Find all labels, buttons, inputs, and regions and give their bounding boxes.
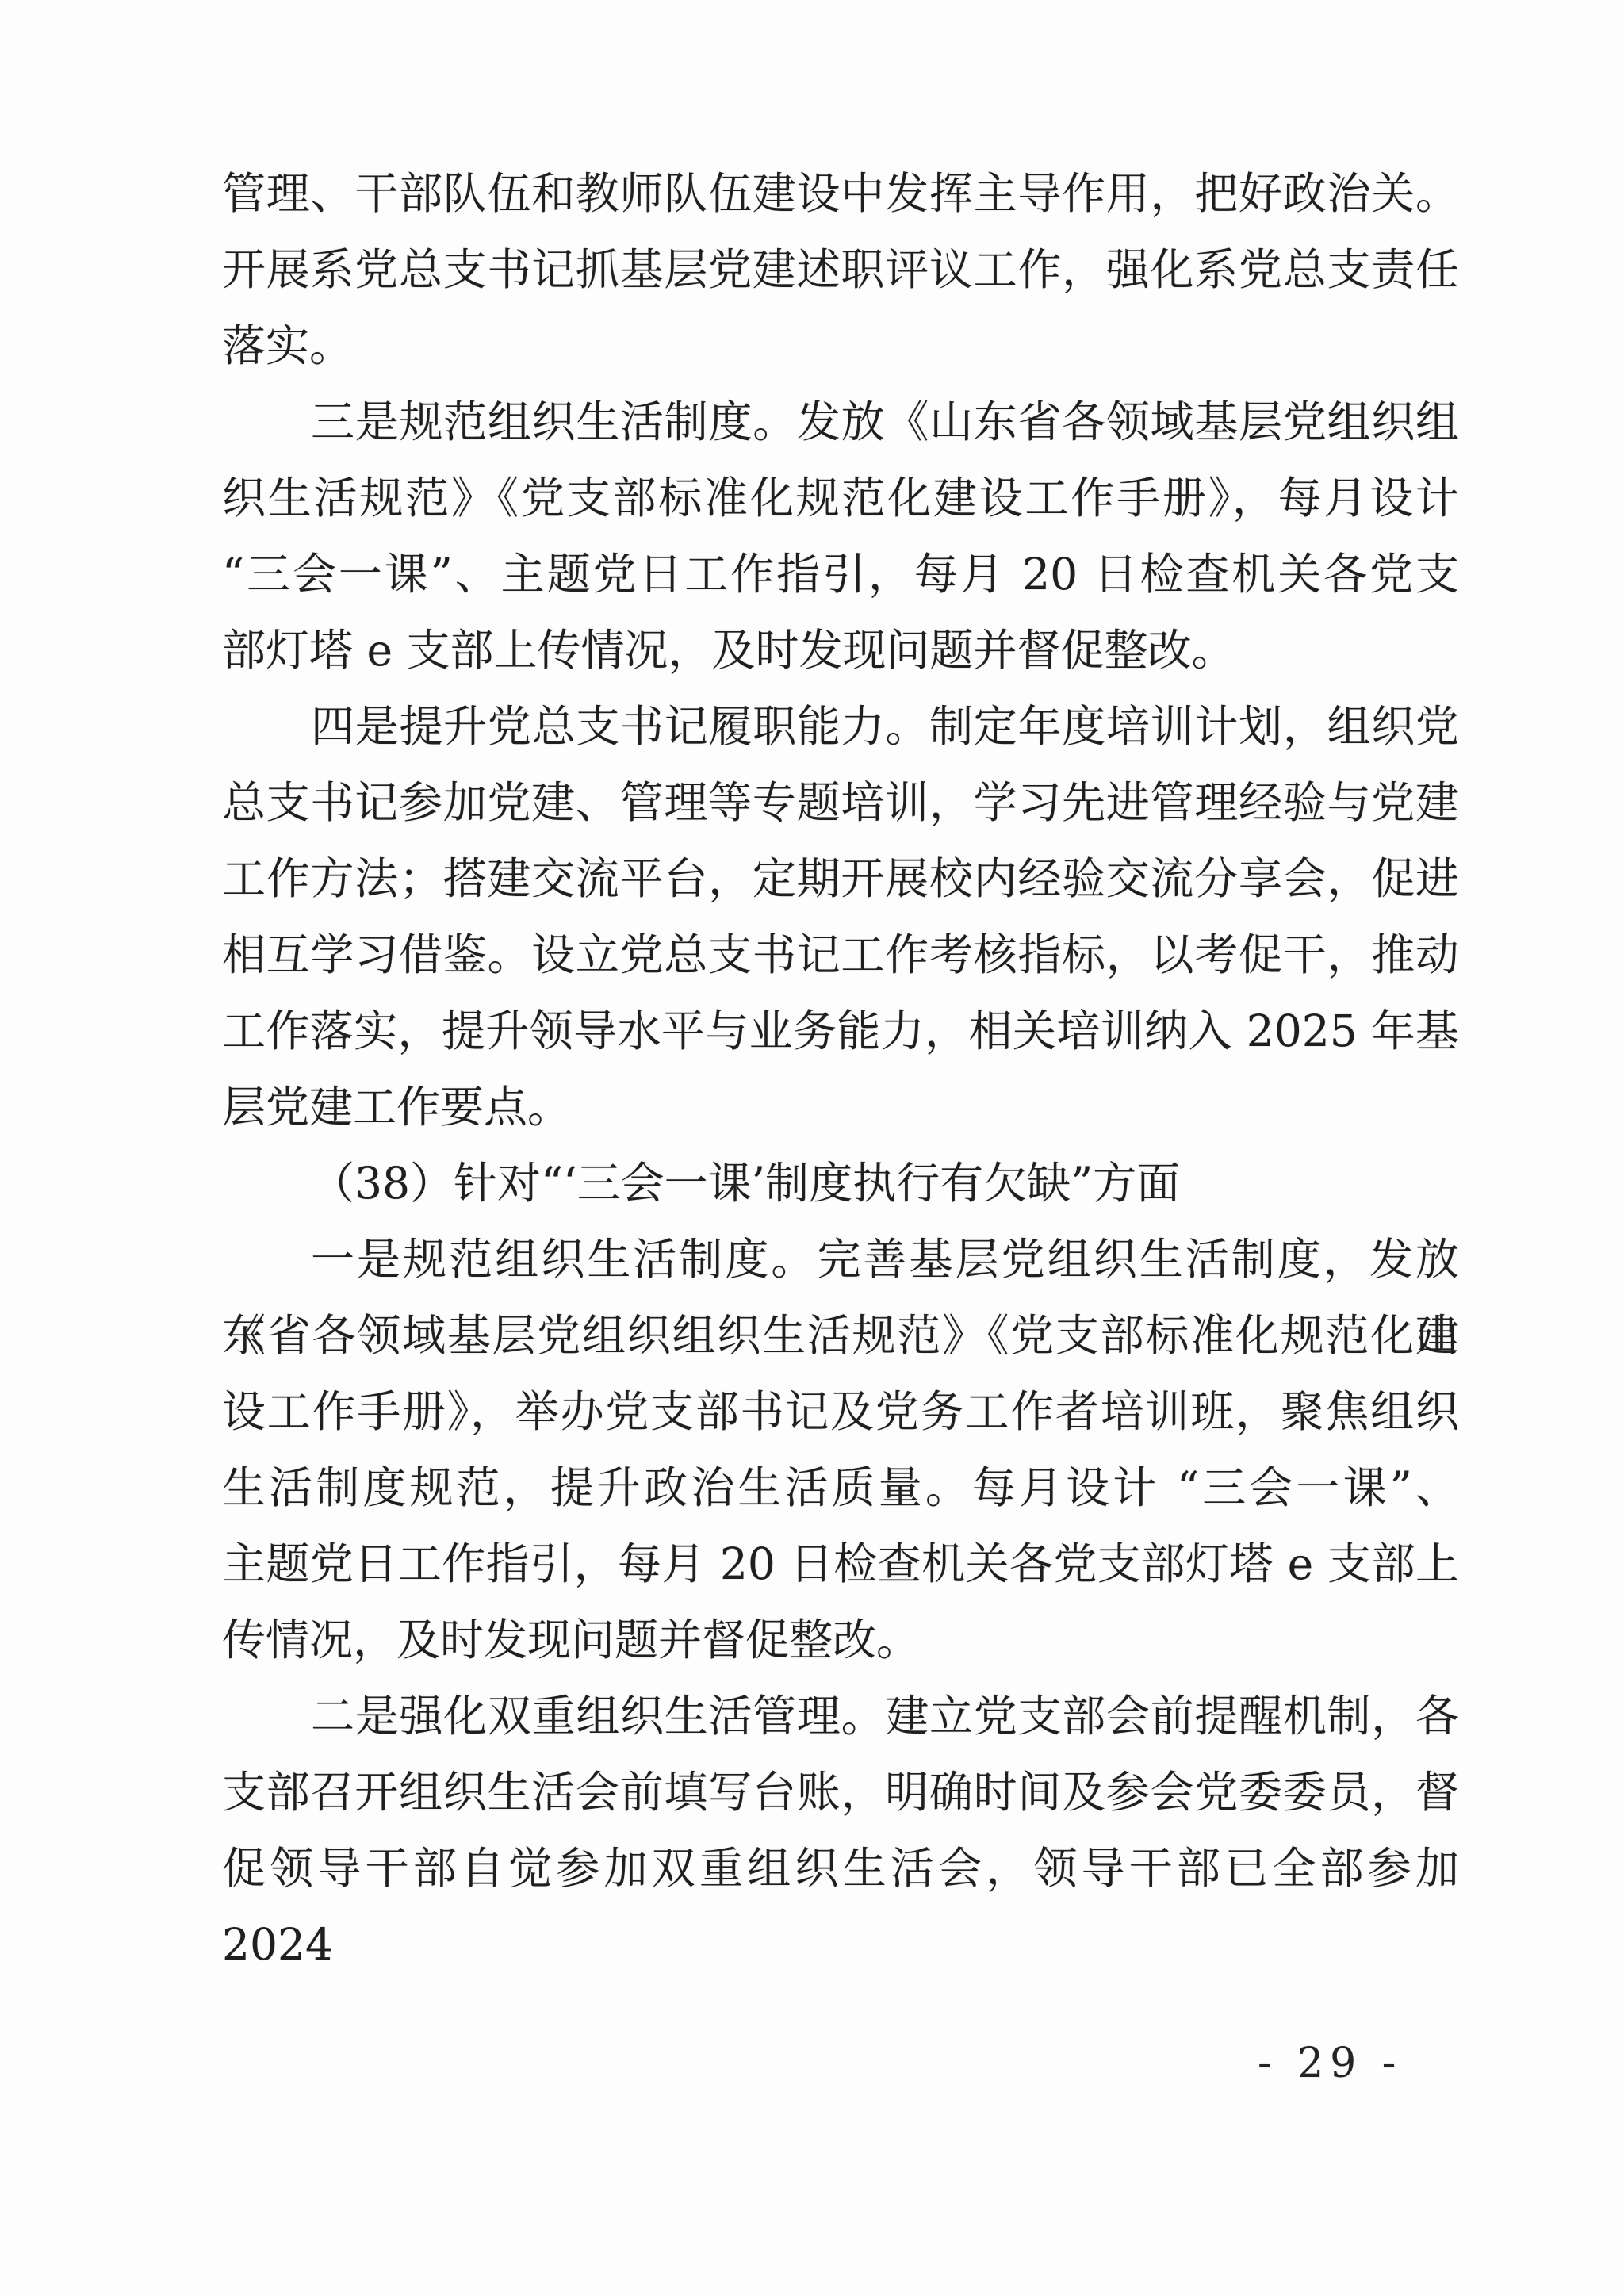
text-line: 工作方法；搭建交流平台，定期开展校内经验交流分享会，促进 [222, 841, 1459, 917]
document-body: 管理、干部队伍和教师队伍建设中发挥主导作用，把好政治关。开展系党总支书记抓基层党… [222, 155, 1459, 1906]
text-line: 主题党日工作指引，每月 20 日检查机关各党支部灯塔 e 支部上 [222, 1526, 1459, 1602]
text-line: 三是规范组织生活制度。发放《山东省各领域基层党组织组 [222, 384, 1459, 460]
text-line: 支部召开组织生活会前填写台账，明确时间及参会党委委员，督 [222, 1754, 1459, 1830]
text-line: 一是规范组织生活制度。完善基层党组织生活制度，发放《山 [222, 1221, 1459, 1297]
text-line: 相互学习借鉴。设立党总支书记工作考核指标，以考促干，推动 [222, 917, 1459, 993]
text-line: （38）针对“‘三会一课’制度执行有欠缺”方面 [222, 1145, 1459, 1221]
text-line: 设工作手册》，举办党支部书记及党务工作者培训班，聚焦组织 [222, 1374, 1459, 1450]
text-line: “三会一课”、主题党日工作指引，每月 20 日检查机关各党支 [222, 536, 1459, 612]
page-number: - 29 - [1258, 2032, 1402, 2095]
text-line: 落实。 [222, 308, 1459, 384]
text-line: 部灯塔 e 支部上传情况，及时发现问题并督促整改。 [222, 612, 1459, 688]
text-line: 层党建工作要点。 [222, 1069, 1459, 1145]
text-line: 管理、干部队伍和教师队伍建设中发挥主导作用，把好政治关。 [222, 155, 1459, 232]
document-page: 管理、干部队伍和教师队伍建设中发挥主导作用，把好政治关。开展系党总支书记抓基层党… [0, 0, 1624, 2295]
text-line: 生活制度规范，提升政治生活质量。每月设计 “三会一课”、 [222, 1450, 1459, 1526]
text-line: 东省各领域基层党组织组织生活规范》《党支部标准化规范化建 [222, 1297, 1459, 1374]
text-line: 二是强化双重组织生活管理。建立党支部会前提醒机制，各 [222, 1678, 1459, 1754]
text-line: 开展系党总支书记抓基层党建述职评议工作，强化系党总支责任 [222, 232, 1459, 308]
text-line: 四是提升党总支书记履职能力。制定年度培训计划，组织党 [222, 688, 1459, 764]
text-line: 总支书记参加党建、管理等专题培训，学习先进管理经验与党建 [222, 764, 1459, 841]
text-line: 工作落实，提升领导水平与业务能力，相关培训纳入 2025 年基 [222, 993, 1459, 1069]
text-line: 促领导干部自觉参加双重组织生活会，领导干部已全部参加 2024 [222, 1830, 1459, 1906]
text-line: 传情况，及时发现问题并督促整改。 [222, 1602, 1459, 1678]
text-line: 织生活规范》《党支部标准化规范化建设工作手册》，每月设计 [222, 460, 1459, 536]
